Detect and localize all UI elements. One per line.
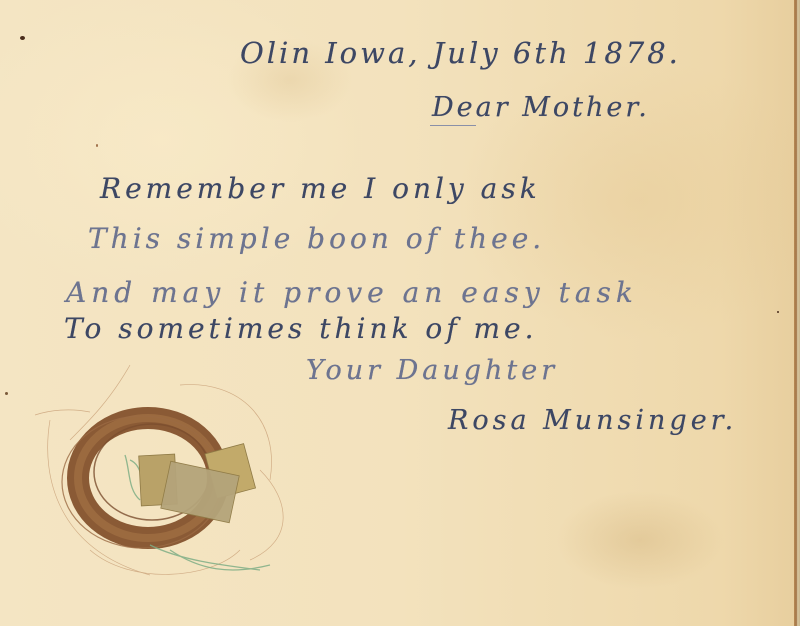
- salutation-underline: [430, 125, 476, 126]
- closing: Your Daughter: [306, 355, 558, 386]
- album-page: Olin Iowa, July 6th 1878. Dear Mother. R…: [0, 0, 800, 626]
- ink-spot: [20, 36, 25, 40]
- verse-line-1: Remember me I only ask: [100, 172, 541, 205]
- verse-line-3: And may it prove an easy task: [66, 276, 638, 309]
- salutation: Dear Mother.: [432, 92, 650, 123]
- place-date-line: Olin Iowa, July 6th 1878.: [240, 36, 681, 70]
- paper-fleck: [5, 392, 8, 395]
- page-edge: [794, 0, 800, 626]
- paper-fleck: [96, 144, 98, 147]
- paper-fleck: [777, 311, 779, 313]
- lock-of-hair-icon: [30, 360, 300, 590]
- verse-line-2: This simple boon of thee.: [88, 222, 545, 255]
- signature: Rosa Munsinger.: [448, 405, 737, 436]
- verse-line-4: To sometimes think of me.: [64, 312, 538, 345]
